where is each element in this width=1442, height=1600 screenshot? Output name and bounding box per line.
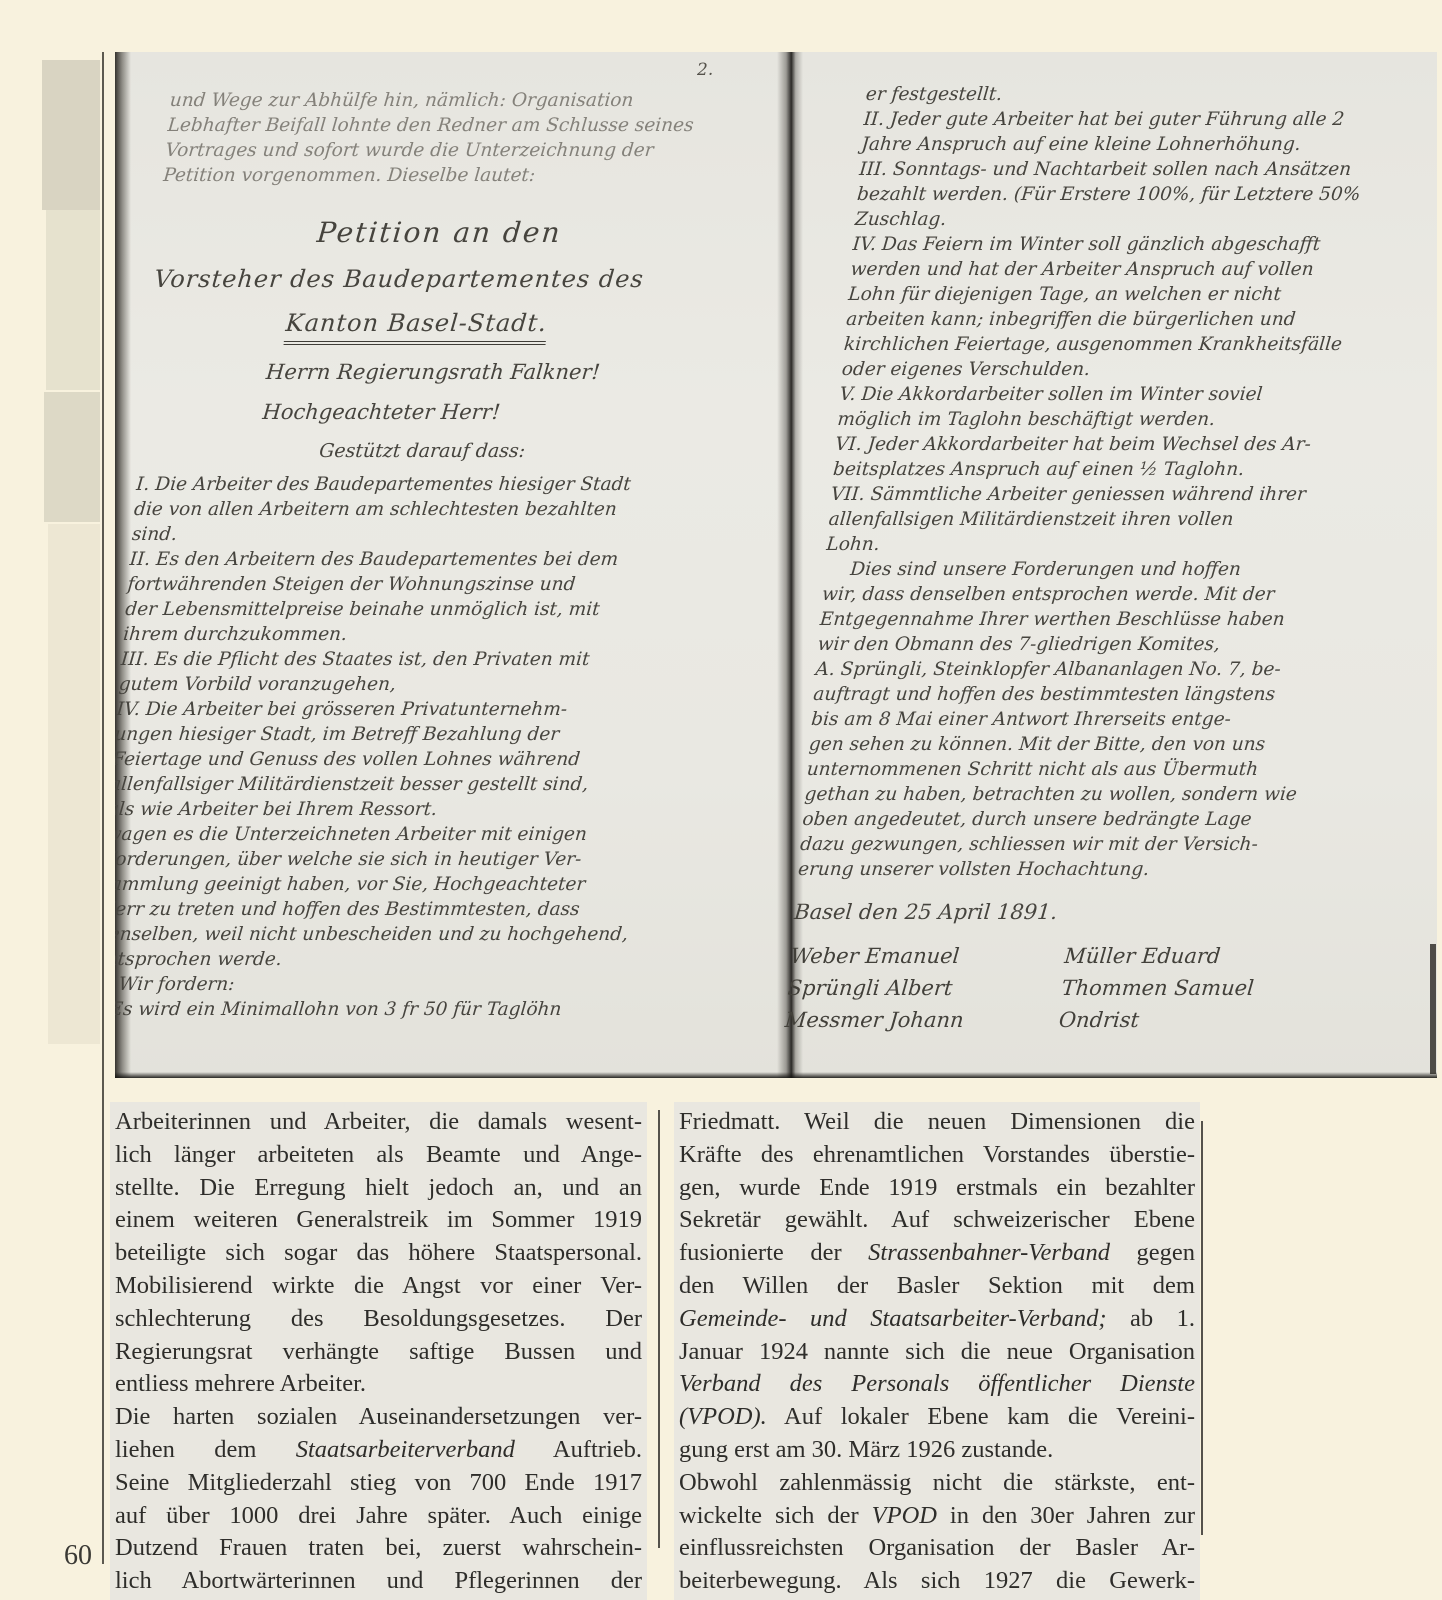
handwritten-line: II. Es den Arbeitern des Baudepartemente… (129, 547, 723, 572)
signature: Messmer Johann (784, 1004, 1061, 1036)
signature-column-right: Müller EduardThommen SamuelOndrist (1058, 940, 1340, 1036)
article-line: lich Abortwärterinnen und Pflegerinnen d… (115, 1565, 642, 1598)
handwritten-line: Feiertage und Genuss des vollen Lohnes w… (115, 747, 705, 772)
handwritten-line: und Wege zur Abhülfe hin, nämlich: Organ… (169, 88, 763, 113)
article-line: Mobilisierend wirkte die Angst vor einer… (115, 1270, 642, 1303)
handwritten-line: VII. Sämmtliche Arbeiter geniessen währe… (830, 482, 1380, 507)
handwritten-line: sammlung geeinigt haben, vor Sie, Hochge… (115, 872, 694, 897)
handwritten-line: IV. Das Feiern im Winter soll gänzlich a… (852, 232, 1402, 257)
article-line: Gemeinde- und Staatsarbeiter-Verband; ab… (679, 1303, 1195, 1336)
handwritten-line: fortwährenden Steigen der Wohnungszinse … (126, 572, 720, 597)
margin-ghost (44, 392, 100, 522)
article-line: den Willen der Basler Sektion mit dem (679, 1270, 1195, 1303)
signature: Sprüngli Albert (786, 972, 1063, 1004)
handwritten-line: er festgestellt. (865, 82, 1415, 107)
handwritten-line: Dies sind unsere Forderungen und hoffen (823, 557, 1373, 582)
handwritten-line: erung unserer vollsten Hochachtung. (797, 857, 1347, 882)
handwritten-line: Wir fordern: (115, 972, 686, 997)
handwritten-line: Lohn. (825, 532, 1375, 557)
article-line: Seine Mitgliederzahl stieg von 700 Ende … (115, 1467, 642, 1500)
handwritten-line: Jahre Anspruch auf eine kleine Lohnerhöh… (860, 132, 1410, 157)
handwritten-line: oder eigenes Verschulden. (841, 357, 1391, 382)
handwritten-line: V. Die Akkordarbeiter sollen im Winter s… (839, 382, 1389, 407)
handwritten-line: möglich im Taglohn beschäftigt werden. (836, 407, 1386, 432)
article-line: Januar 1924 nannte sich die neue Organis… (679, 1336, 1195, 1369)
handwritten-line: allenfallsiger Militärdienstzeit besser … (115, 772, 703, 797)
article-line: (VPOD). Auf lokaler Ebene kam die Verein… (679, 1401, 1195, 1434)
signature: Thommen Samuel (1060, 972, 1337, 1004)
manuscript-left-page: und Wege zur Abhülfe hin, nämlich: Organ… (115, 88, 763, 1022)
article-line: lich länger arbeiteten als Beamte und An… (115, 1139, 642, 1172)
signature: Ondrist (1058, 1004, 1335, 1036)
article-line: gung erst am 30. März 1926 zustande. (679, 1434, 1195, 1467)
handwritten-line: sind. (131, 522, 725, 547)
article-column-right: Friedmatt. Weil die neuen Dimensionen di… (674, 1102, 1200, 1600)
right-margin-rule (1201, 1121, 1203, 1535)
article-line: Friedmatt. Weil die neuen Dimensionen di… (679, 1106, 1195, 1139)
article-line: liehen dem Staatsarbeiterverband Auftrie… (115, 1434, 642, 1467)
article-line: Obwohl zahlenmässig nicht die stärkste, … (679, 1467, 1195, 1500)
handwritten-line: Petition vorgenommen. Dieselbe lautet: (162, 163, 756, 188)
photo-right-edge (1430, 944, 1436, 1074)
handwritten-line: I. Es wird ein Minimallohn von 3 fr 50 f… (115, 997, 683, 1022)
article-line: fusionierte der Strassenbahner-Verband g… (679, 1237, 1195, 1270)
handwritten-line: gethan zu haben, betrachten zu wollen, s… (804, 782, 1354, 807)
article-line: Dutzend Frauen traten bei, zuerst wahrsc… (115, 1532, 642, 1565)
signatures: Weber EmanuelSprüngli AlbertMessmer Joha… (784, 940, 1340, 1036)
margin-ghost (46, 210, 100, 390)
handwritten-line: allenfallsigen Militärdienstzeit ihren v… (828, 507, 1378, 532)
article-line: auf über 1000 drei Jahre später. Auch ei… (115, 1500, 642, 1533)
manuscript-photo: 2. und Wege zur Abhülfe hin, nämlich: Or… (115, 52, 1437, 1078)
handwritten-line: bis am 8 Mai einer Antwort Ihrerseits en… (810, 707, 1360, 732)
handwritten-line: Vortrages und sofort wurde die Unterzeic… (164, 138, 758, 163)
handwritten-line: unternommenen Schritt nicht als aus Über… (806, 757, 1356, 782)
signature: Müller Eduard (1063, 940, 1340, 972)
handwritten-line: werden und hat der Arbeiter Anspruch auf… (850, 257, 1400, 282)
article-line: einem weiteren Generalstreik im Sommer 1… (115, 1204, 642, 1237)
handwritten-line: Herr zu treten und hoffen des Bestimmtes… (115, 897, 692, 922)
article-line: beiterbewegung. Als sich 1927 die Gewerk… (679, 1565, 1195, 1598)
handwritten-line: gutem Vorbild voranzugehen, (118, 672, 712, 697)
article-line: stellte. Die Erregung hielt jedoch an, u… (115, 1172, 642, 1205)
manuscript-right-lines: er festgestellt.II. Jeder gute Arbeiter … (797, 82, 1415, 882)
handwritten-line: oben angedeutet, durch unsere bedrängte … (801, 807, 1351, 832)
article-line: Sekretär gewählt. Auf schweizerischer Eb… (679, 1204, 1195, 1237)
article-line: Verband des Personals öffentlicher Diens… (679, 1368, 1195, 1401)
handwritten-line: ihrem durchzukommen. (122, 622, 716, 647)
handwritten-line: der Lebensmittelpreise beinahe unmöglich… (124, 597, 718, 622)
handwritten-line: Gestützt darauf dass: (138, 440, 732, 462)
handwritten-line: wir, dass denselben entsprochen werde. M… (821, 582, 1371, 607)
handwritten-line: II. Jeder gute Arbeiter hat bei guter Fü… (863, 107, 1413, 132)
article-column-left: Arbeiterinnen und Arbeiter, die damals w… (110, 1102, 647, 1600)
handwritten-line: I. Die Arbeiter des Baudepartementes hie… (135, 472, 729, 497)
page-marker-annotation: 2. (697, 60, 713, 80)
handwritten-line: beitsplatzes Anspruch auf einen ½ Tagloh… (832, 457, 1382, 482)
signature: Weber Emanuel (789, 940, 1066, 972)
page-number: 60 (40, 1540, 92, 1572)
handwritten-line: auftragt und hoffen des bestimmtesten lä… (812, 682, 1362, 707)
handwritten-line: Zuschlag. (854, 207, 1404, 232)
article-line: Regierungsrat verhängte saftige Bussen u… (115, 1336, 642, 1369)
margin-ghost (42, 60, 100, 210)
handwritten-line: Forderungen, über welche sie sich in heu… (115, 847, 697, 872)
handwritten-line: Herrn Regierungsrath Falkner! (145, 360, 739, 384)
handwritten-line: Petition an den (157, 218, 722, 248)
margin-ghost (48, 524, 100, 1044)
column-divider-rule (658, 1110, 660, 1548)
handwritten-line: IV. Die Arbeiter bei grösseren Privatunt… (116, 697, 710, 722)
handwritten-line: III. Es die Pflicht des Staates ist, den… (120, 647, 714, 672)
handwritten-line: Entgegennahme Ihrer werthen Beschlüsse h… (819, 607, 1369, 632)
photo-bottom-edge (115, 1072, 1437, 1078)
article-line: beteiligte sich sogar das höhere Staatsp… (115, 1237, 642, 1270)
handwritten-line: Lebhafter Beifall lohnte den Redner am S… (167, 113, 761, 138)
journal-page: { "colors": { "page_background": "#f8f2d… (0, 0, 1442, 1600)
handwritten-line: VI. Jeder Akkordarbeiter hat beim Wechse… (834, 432, 1384, 457)
handwritten-line: als wie Arbeiter bei Ihrem Ressort. (115, 797, 701, 822)
left-margin-rule (102, 52, 104, 1564)
handwritten-line: die von allen Arbeitern am schlechtesten… (133, 497, 727, 522)
article-line: entliess mehrere Arbeiter. (115, 1368, 642, 1401)
date-line: Basel den 25 April 1891. (793, 900, 1343, 924)
signature-column-left: Weber EmanuelSprüngli AlbertMessmer Joha… (784, 940, 1066, 1036)
manuscript-right-page: er festgestellt.II. Jeder gute Arbeiter … (784, 82, 1415, 1036)
handwritten-line: wagen es die Unterzeichneten Arbeiter mi… (115, 822, 699, 847)
handwritten-line: kirchlichen Feiertage, ausgenommen Krank… (843, 332, 1393, 357)
handwritten-line: Kanton Basel-Stadt. (149, 310, 683, 336)
handwritten-line: A. Sprüngli, Steinklopfer Albananlagen N… (815, 657, 1365, 682)
handwritten-line: bezahlt werden. (Für Erstere 100%, für L… (856, 182, 1406, 207)
handwritten-line: Vorsteher des Baudepartementes des (153, 266, 747, 292)
handwritten-line: wir den Obmann des 7-gliedrigen Komites, (817, 632, 1367, 657)
handwritten-line: Lohn für diejenigen Tage, an welchen er … (847, 282, 1397, 307)
handwritten-line: III. Sonntags- und Nachtarbeit sollen na… (858, 157, 1408, 182)
handwritten-line: Hochgeachteter Herr! (142, 400, 736, 424)
handwritten-line: dazu gezwungen, schliessen wir mit der V… (799, 832, 1349, 857)
handwritten-line: gen sehen zu können. Mit der Bitte, den … (808, 732, 1358, 757)
article-line: Arbeiterinnen und Arbeiter, die damals w… (115, 1106, 642, 1139)
handwritten-line: denselben, weil nicht unbescheiden und z… (115, 922, 690, 947)
article-line: einflussreichsten Organisation der Basle… (679, 1532, 1195, 1565)
handwritten-line: entsprochen werde. (115, 947, 688, 972)
article-line: Die harten sozialen Auseinandersetzungen… (115, 1401, 642, 1434)
article-line: schlechterung des Besoldungsgesetzes. De… (115, 1303, 642, 1336)
handwritten-line: ungen hiesiger Stadt, im Betreff Bezahlu… (115, 722, 708, 747)
handwritten-line: arbeiten kann; inbegriffen die bürgerlic… (845, 307, 1395, 332)
article-line: Kräfte des ehrenamtlichen Vorstandes übe… (679, 1139, 1195, 1172)
article-line: wickelte sich der VPOD in den 30er Jahre… (679, 1500, 1195, 1533)
article-line: gen, wurde Ende 1919 erstmals ein bezahl… (679, 1172, 1195, 1205)
